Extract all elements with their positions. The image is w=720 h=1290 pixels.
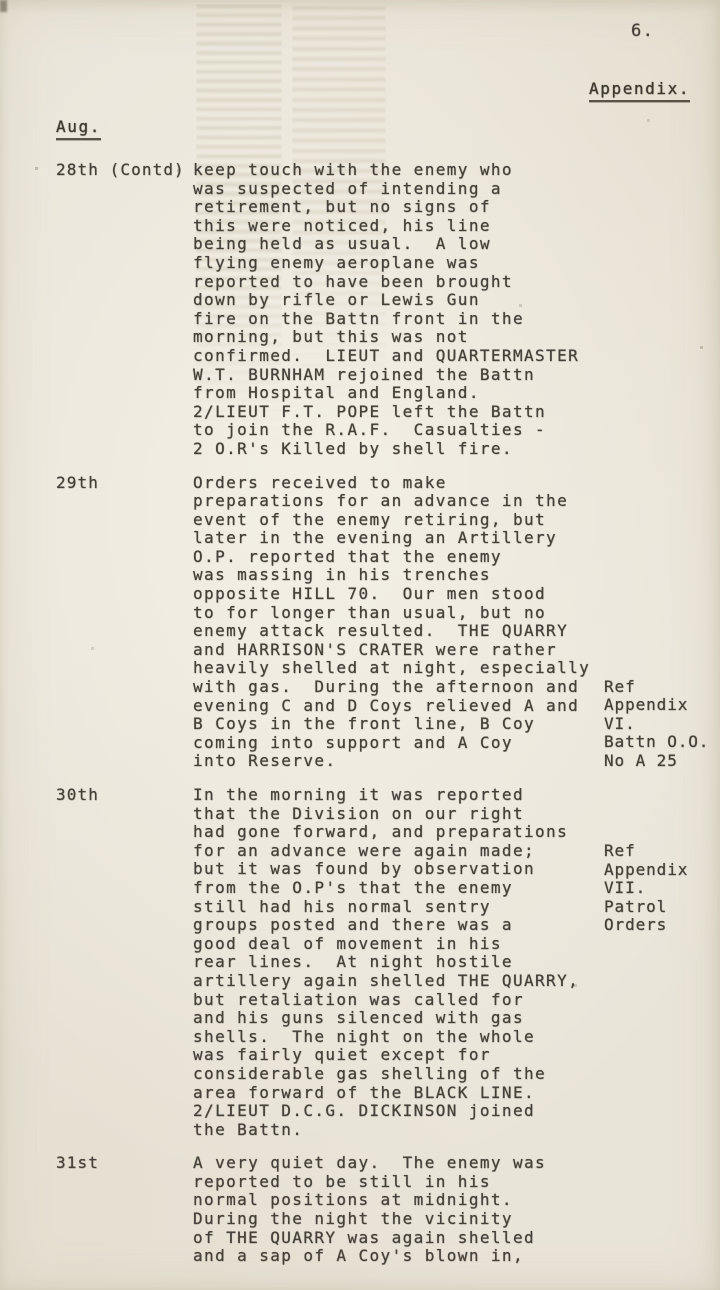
entry-date: 31st — [56, 1154, 193, 1266]
entry-body: keep touch with the enemy who was suspec… — [193, 161, 579, 459]
diary-entry-31st: 31st A very quiet day. The enemy was rep… — [56, 1154, 720, 1266]
entry-body: Orders received to make preparations for… — [193, 474, 590, 772]
diary-entries: 28th (Contd) keep touch with the enemy w… — [56, 161, 720, 1281]
paper-specks — [0, 0, 1, 1]
entry-date: 30th — [56, 786, 193, 1139]
scanned-diary-page: 6. Appendix. Aug. 28th (Contd) keep touc… — [0, 0, 720, 1290]
diary-entry-29th: 29th Orders received to make preparation… — [56, 474, 720, 772]
diary-entry-28th: 28th (Contd) keep touch with the enemy w… — [56, 161, 720, 459]
appendix-heading: Appendix. — [589, 80, 690, 102]
margin-reference-note: Ref Appendix VII. Patrol Orders — [604, 842, 688, 935]
month-heading: Aug. — [56, 118, 101, 140]
entry-date: 29th — [56, 474, 193, 772]
page-number: 6. — [631, 22, 654, 41]
diary-entry-30th: 30th In the morning it was reported that… — [56, 786, 720, 1139]
entry-date: 28th (Contd) — [56, 161, 193, 459]
margin-reference-note: Ref Appendix VI. Battn O.O. No A 25 — [604, 678, 709, 771]
entry-body: A very quiet day. The enemy was reported… — [193, 1154, 546, 1266]
paper-corner-mark — [0, 0, 7, 12]
entry-body: In the morning it was reported that the … — [193, 786, 579, 1139]
